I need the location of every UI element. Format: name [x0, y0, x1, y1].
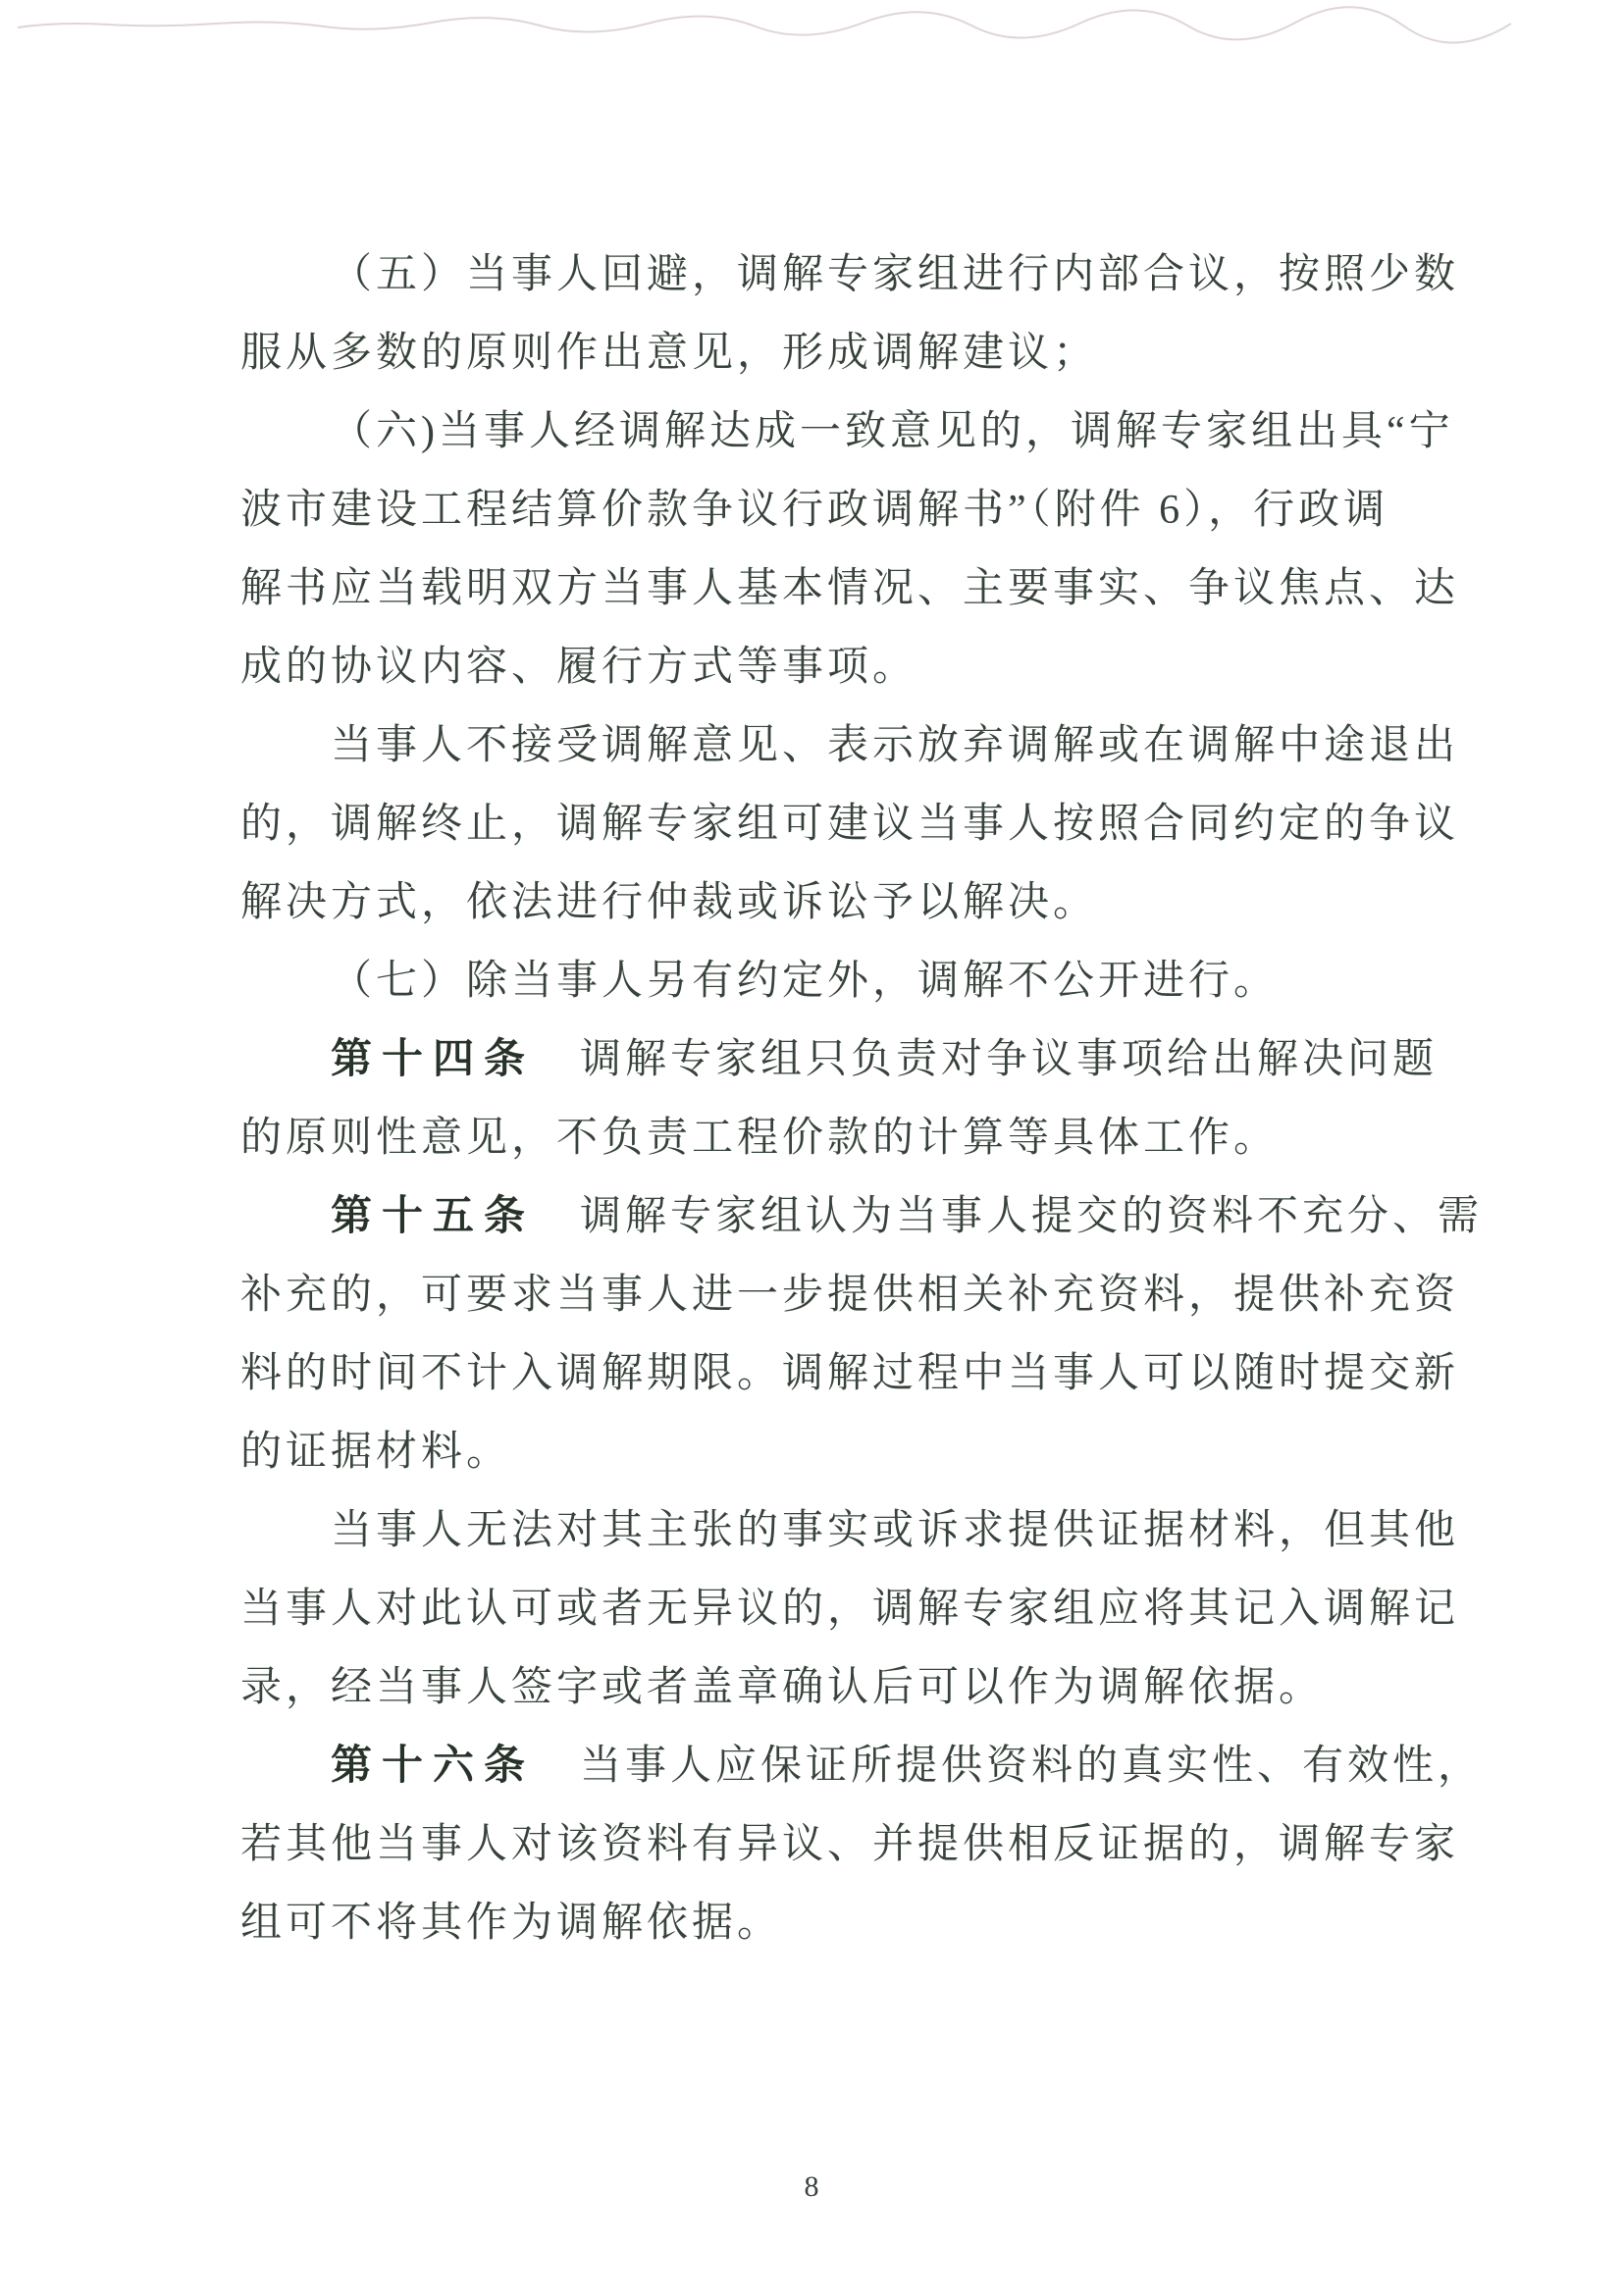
text-run: 组可不将其作为调解依据。	[240, 1901, 782, 1946]
scan-artifact-line	[0, 0, 1623, 49]
text-line: 第十五条调解专家组认为当事人提交的资料不充分、需	[240, 1177, 1445, 1256]
text-run: 的证据材料。	[240, 1430, 511, 1475]
text-line: 解书应当载明双方当事人基本情况、主要事实、争议焦点、达	[240, 549, 1445, 628]
text-line: 第十四条调解专家组只负责对争议事项给出解决问题	[240, 1020, 1445, 1099]
text-line: 的原则性意见，不负责工程价款的计算等具体工作。	[240, 1099, 1445, 1177]
text-run: 调解专家组只负责对争议事项给出解决问题	[580, 1037, 1438, 1082]
text-line: 录，经当事人签字或者盖章确认后可以作为调解依据。	[240, 1648, 1445, 1727]
text-line: 波市建设工程结算价款争议行政调解书”（附件 6），行政调	[240, 471, 1445, 549]
text-run: 的，调解终止，调解专家组可建议当事人按照合同约定的争议	[240, 802, 1459, 847]
text-run: 当事人不接受调解意见、表示放弃调解或在调解中途退出	[331, 723, 1459, 768]
text-run: 调解专家组认为当事人提交的资料不充分、需	[580, 1194, 1483, 1239]
text-line: 当事人对此认可或者无异议的，调解专家组应将其记入调解记	[240, 1570, 1445, 1648]
text-run: 当事人对此认可或者无异议的，调解专家组应将其记入调解记	[240, 1587, 1459, 1632]
document-body: （五）当事人回避，调解专家组进行内部合议，按照少数服从多数的原则作出意见，形成调…	[240, 235, 1445, 1962]
text-line: 的证据材料。	[240, 1413, 1445, 1491]
text-line: （七）除当事人另有约定外，调解不公开进行。	[240, 942, 1445, 1020]
text-line: （六)当事人经调解达成一致意见的，调解专家组出具“宁	[240, 392, 1445, 471]
text-run: （五）当事人回避，调解专家组进行内部合议，按照少数	[331, 252, 1459, 297]
text-run: （七）除当事人另有约定外，调解不公开进行。	[331, 959, 1279, 1004]
text-run: 波市建设工程结算价款争议行政调解书”（附件 6），行政调	[240, 488, 1388, 533]
text-run: 解书应当载明双方当事人基本情况、主要事实、争议焦点、达	[240, 566, 1459, 611]
text-line: 第十六条当事人应保证所提供资料的真实性、有效性，	[240, 1727, 1445, 1805]
text-line: 料的时间不计入调解期限。调解过程中当事人可以随时提交新	[240, 1334, 1445, 1413]
text-run: 的原则性意见，不负责工程价款的计算等具体工作。	[240, 1116, 1279, 1161]
text-run: 补充的，可要求当事人进一步提供相关补充资料，提供补充资	[240, 1273, 1459, 1318]
article-number: 第十六条	[331, 1744, 535, 1789]
text-run: （六)当事人经调解达成一致意见的，调解专家组出具“宁	[331, 409, 1454, 454]
text-line: 解决方式，依法进行仲裁或诉讼予以解决。	[240, 863, 1445, 942]
page-number: 8	[0, 2170, 1623, 2204]
text-line: 当事人不接受调解意见、表示放弃调解或在调解中途退出	[240, 706, 1445, 785]
text-line: （五）当事人回避，调解专家组进行内部合议，按照少数	[240, 235, 1445, 314]
text-run: 当事人应保证所提供资料的真实性、有效性，	[580, 1744, 1483, 1789]
text-run: 若其他当事人对该资料有异议、并提供相反证据的，调解专家	[240, 1822, 1459, 1867]
text-run: 成的协议内容、履行方式等事项。	[240, 645, 917, 690]
text-run: 解决方式，依法进行仲裁或诉讼予以解决。	[240, 880, 1098, 925]
text-line: 成的协议内容、履行方式等事项。	[240, 628, 1445, 706]
text-line: 服从多数的原则作出意见，形成调解建议；	[240, 314, 1445, 392]
text-run: 料的时间不计入调解期限。调解过程中当事人可以随时提交新	[240, 1351, 1459, 1396]
text-run: 服从多数的原则作出意见，形成调解建议；	[240, 331, 1098, 376]
text-line: 当事人无法对其主张的事实或诉求提供证据材料，但其他	[240, 1491, 1445, 1570]
text-line: 补充的，可要求当事人进一步提供相关补充资料，提供补充资	[240, 1256, 1445, 1334]
article-number: 第十五条	[331, 1194, 535, 1239]
text-line: 的，调解终止，调解专家组可建议当事人按照合同约定的争议	[240, 785, 1445, 863]
article-number: 第十四条	[331, 1037, 535, 1082]
text-run: 录，经当事人签字或者盖章确认后可以作为调解依据。	[240, 1665, 1324, 1710]
text-run: 当事人无法对其主张的事实或诉求提供证据材料，但其他	[331, 1508, 1459, 1553]
document-page: （五）当事人回避，调解专家组进行内部合议，按照少数服从多数的原则作出意见，形成调…	[0, 0, 1623, 2296]
text-line: 若其他当事人对该资料有异议、并提供相反证据的，调解专家	[240, 1805, 1445, 1884]
text-line: 组可不将其作为调解依据。	[240, 1884, 1445, 1962]
